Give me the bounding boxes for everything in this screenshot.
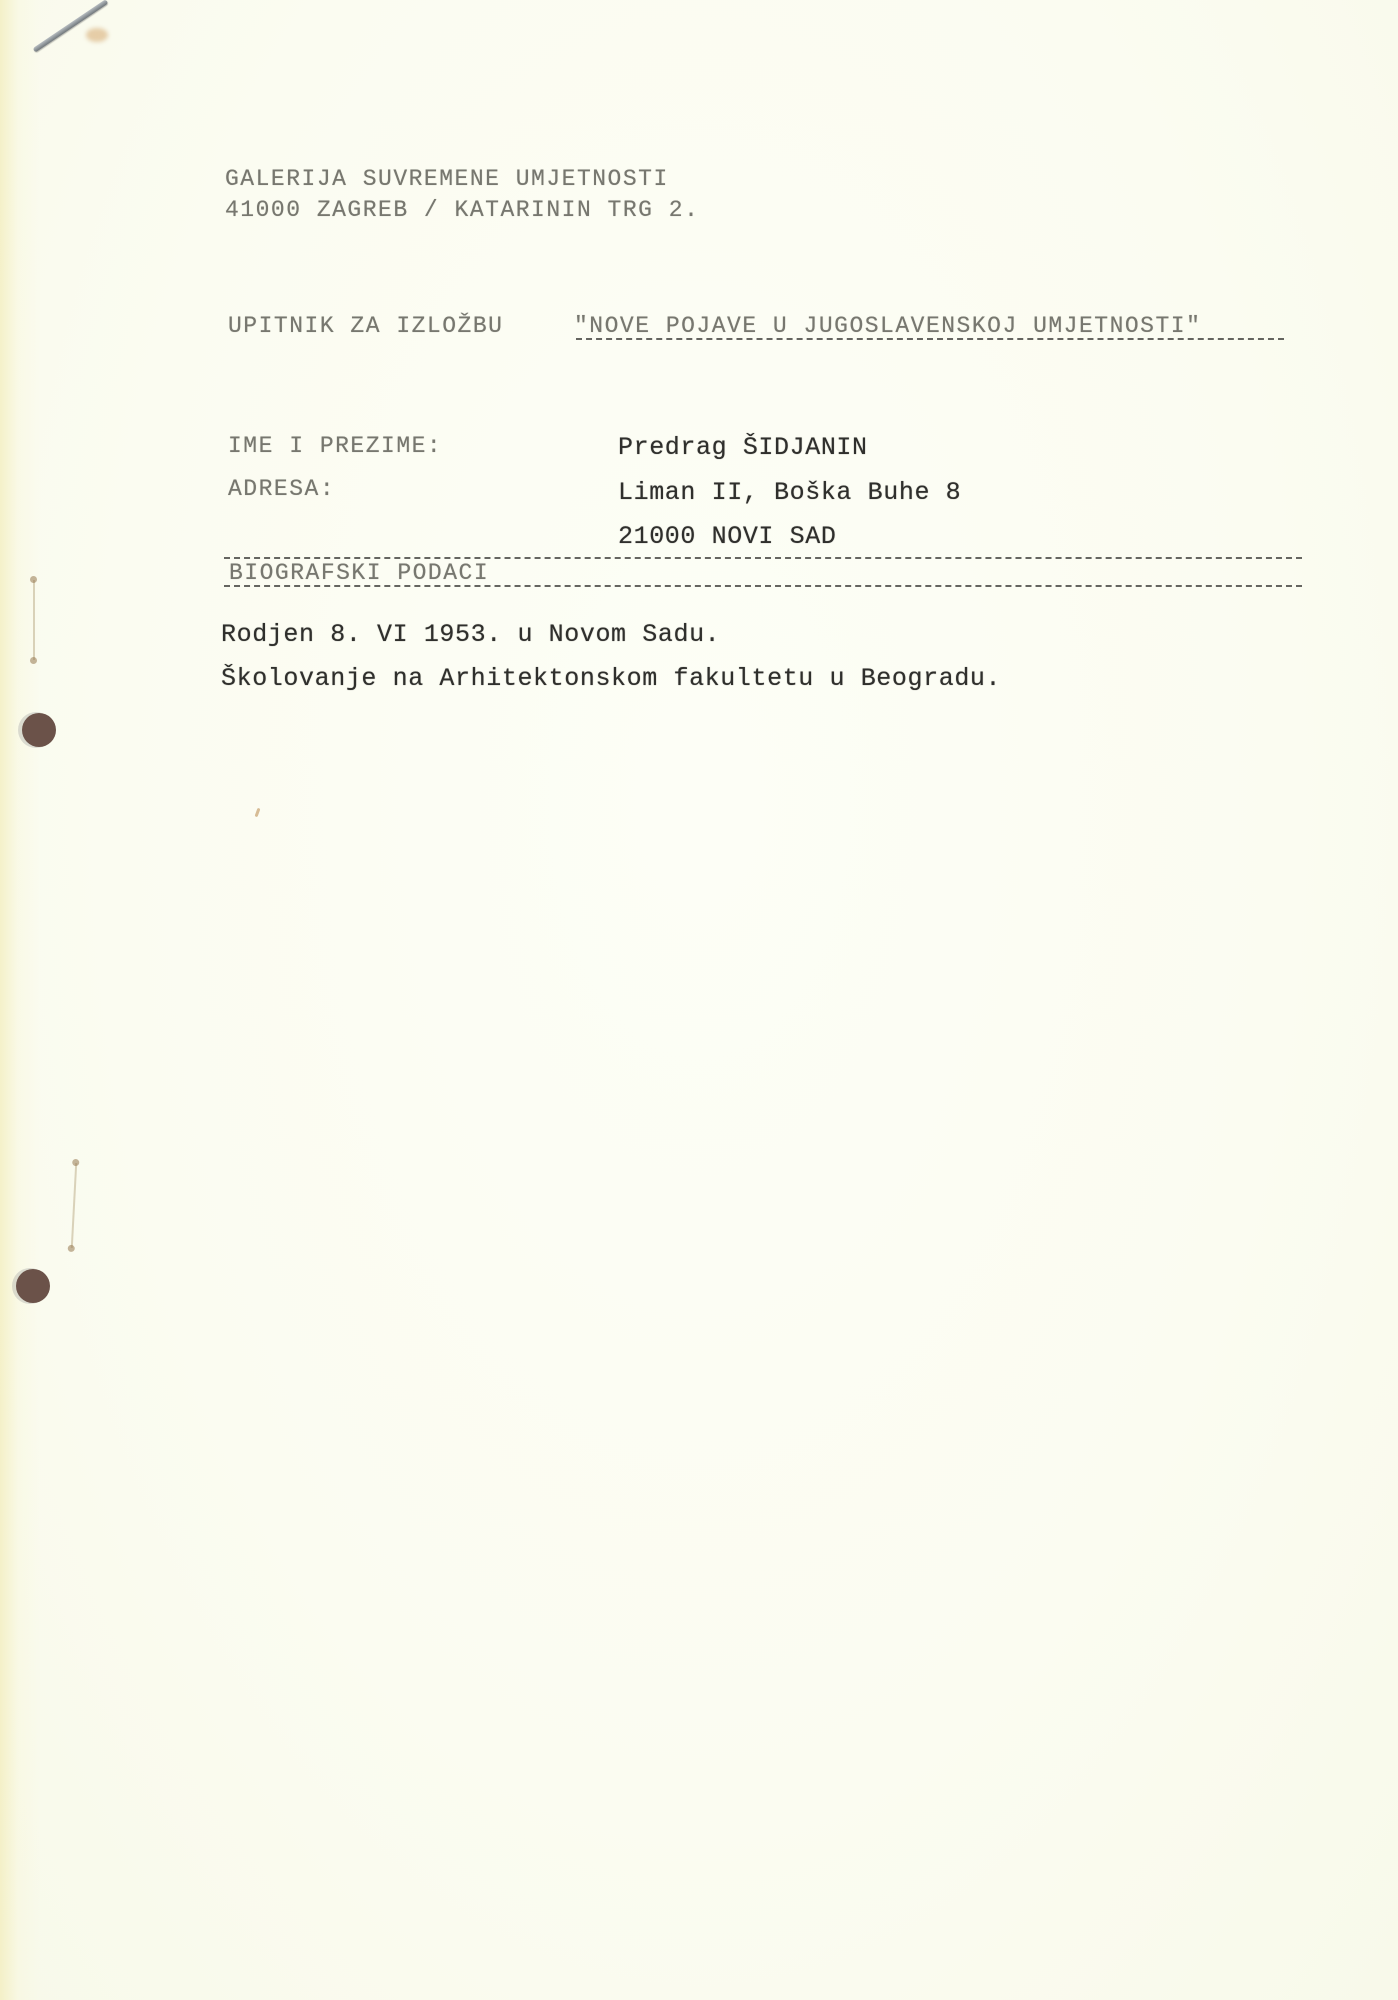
address-label: ADRESA: [228, 476, 335, 502]
exhibition-title-underline [576, 338, 1284, 340]
name-label: IME I PREZIME: [228, 433, 442, 459]
letterhead-address: 41000 ZAGREB / KATARININ TRG 2. [225, 197, 699, 223]
binding-mark [33, 580, 35, 660]
address-line: Liman II, Boška Buhe 8 [618, 478, 961, 507]
scanned-document-page: GALERIJA SUVREMENE UMJETNOSTI 41000 ZAGR… [0, 0, 1398, 2000]
binding-mark [71, 1163, 77, 1248]
punch-hole [16, 1269, 50, 1303]
punch-hole [22, 713, 56, 747]
address-line: 21000 NOVI SAD [618, 522, 836, 551]
letterhead-institution: GALERIJA SUVREMENE UMJETNOSTI [225, 166, 669, 192]
staple-icon [33, 0, 109, 53]
questionnaire-title: UPITNIK ZA IZLOŽBU [228, 313, 503, 339]
rust-stain [86, 28, 108, 42]
biography-line: Rodjen 8. VI 1953. u Novom Sadu. [221, 620, 720, 649]
section-rule-bottom [224, 585, 1302, 587]
biography-section-title: BIOGRAFSKI PODACI [229, 560, 489, 586]
biography-line: Školovanje na Arhitektonskom fakultetu u… [221, 664, 1001, 693]
exhibition-title: "NOVE POJAVE U JUGOSLAVENSKOJ UMJETNOSTI… [574, 313, 1201, 339]
paper-speck [255, 808, 261, 817]
section-rule-top [224, 557, 1302, 559]
name-value: Predrag ŠIDJANIN [618, 433, 868, 462]
